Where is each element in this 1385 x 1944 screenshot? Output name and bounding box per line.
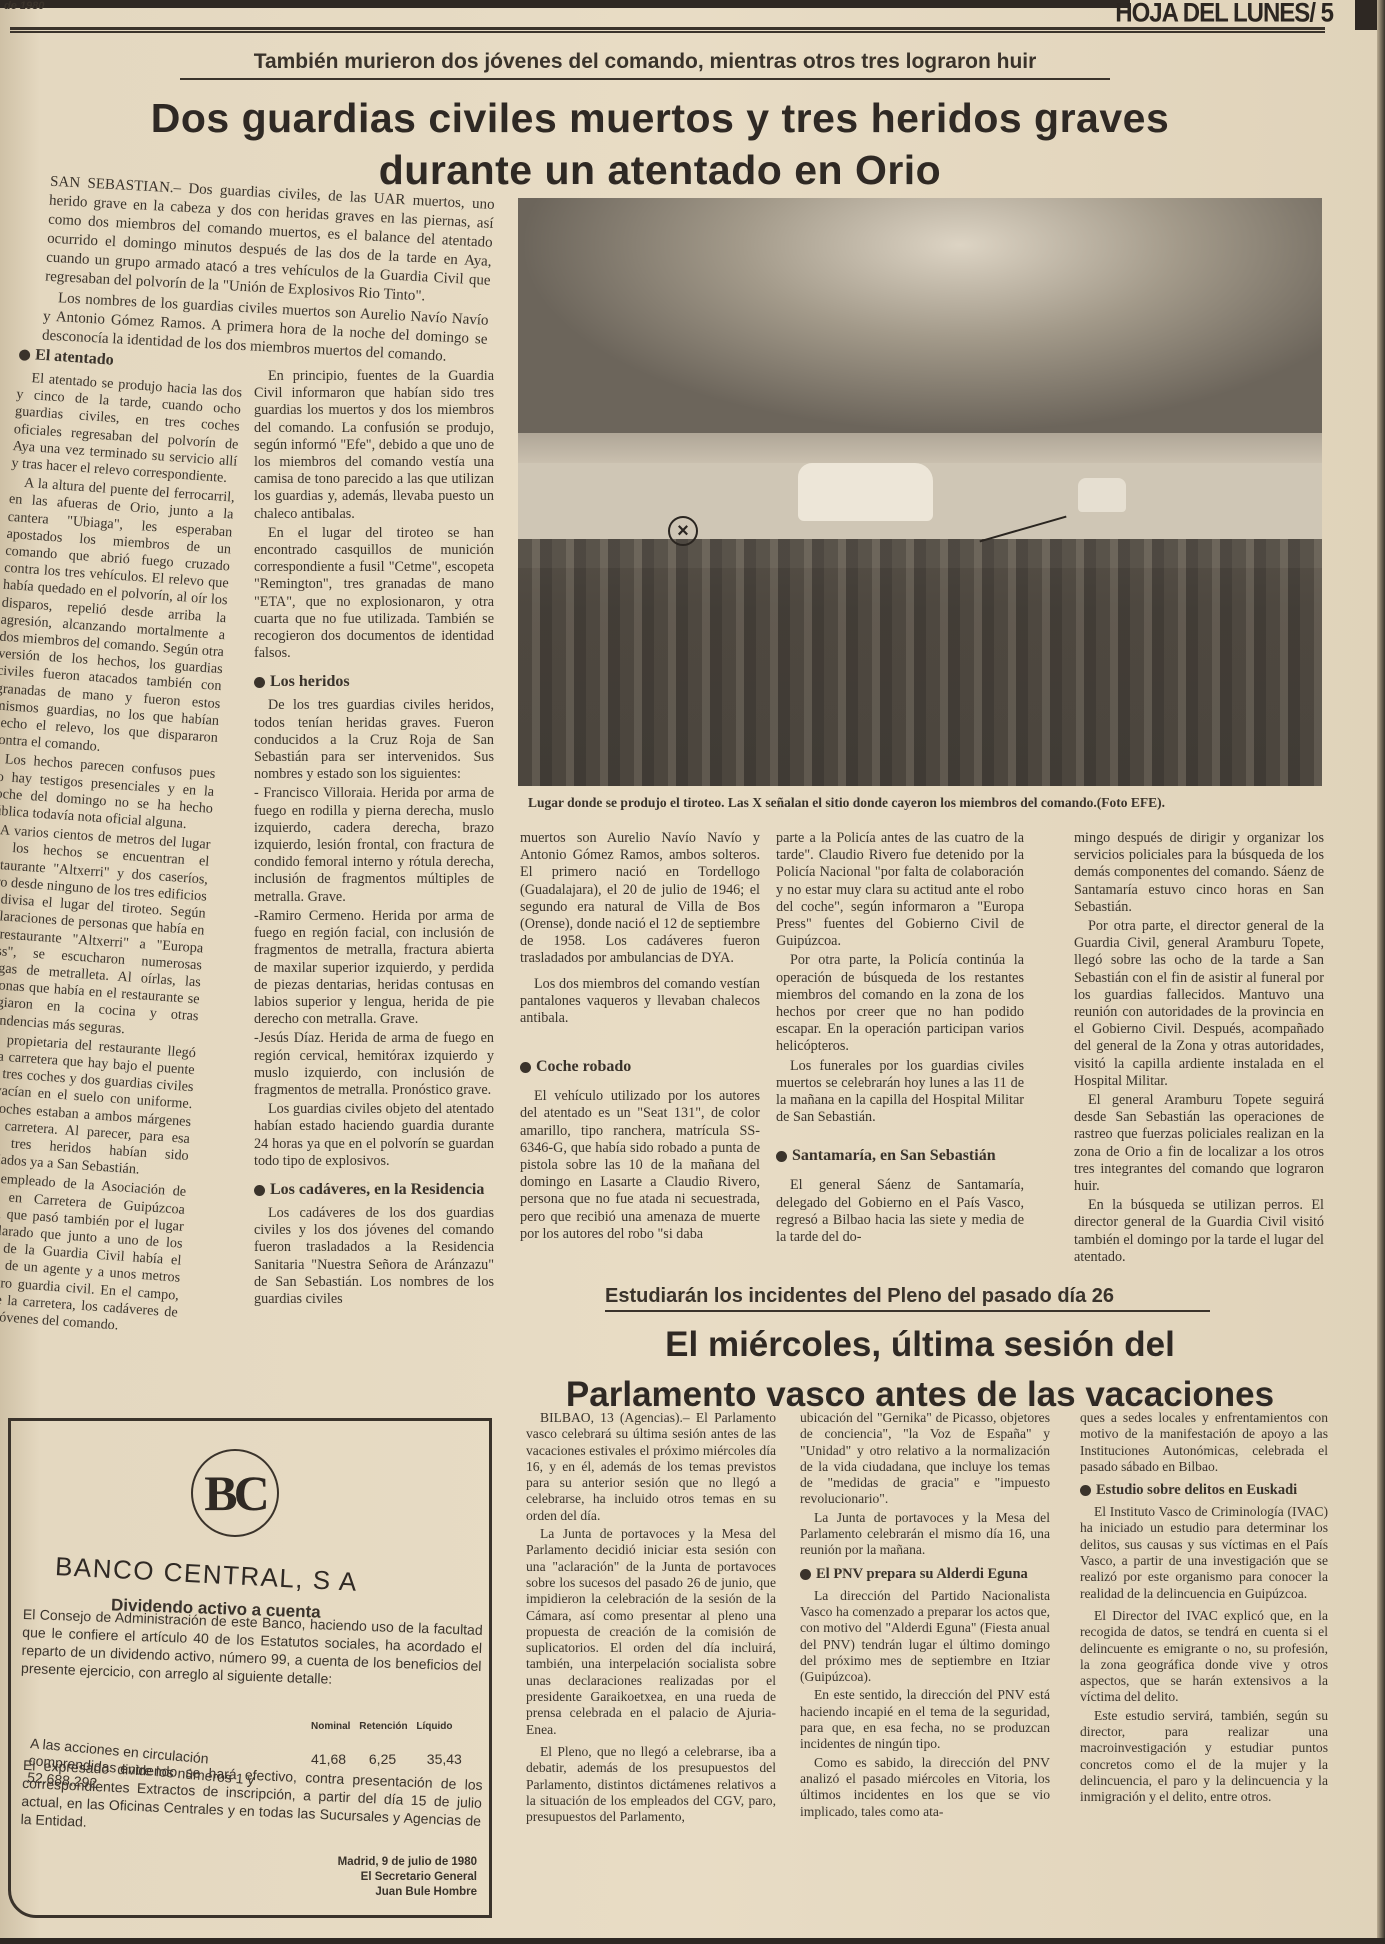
paragraph: El Director del IVAC explicó que, en la … bbox=[1080, 1608, 1328, 1706]
x-mark-icon: × bbox=[668, 516, 698, 546]
bullet-icon bbox=[19, 349, 31, 361]
paragraph: La dirección del Partido Nacionalista Va… bbox=[800, 1588, 1050, 1686]
subhead-coche: Coche robado bbox=[520, 1057, 760, 1076]
header-rule bbox=[10, 27, 1325, 33]
bullet-icon bbox=[800, 1569, 811, 1580]
article1-kicker: También murieron dos jóvenes del comando… bbox=[180, 50, 1110, 80]
subhead-santamaria: Santamaría, en San Sebastián bbox=[776, 1146, 1024, 1165]
paragraph: En la búsqueda se utilizan perros. El di… bbox=[1074, 1197, 1324, 1266]
page-number: / 5 bbox=[1309, 0, 1333, 28]
paragraph: El general Sáenz de Santamaría, delegado… bbox=[776, 1177, 1024, 1246]
paragraph: Los guardias civiles objeto del atentado… bbox=[254, 1101, 494, 1170]
ad-signature: Madrid, 9 de julio de 1980 El Secretario… bbox=[338, 1855, 477, 1900]
column-estudio: ques a sedes locales y enfrentamientos c… bbox=[1080, 1410, 1328, 1808]
subhead-cadaveres: Los cadáveres, en la Residencia bbox=[254, 1180, 494, 1199]
photo-car bbox=[798, 463, 933, 521]
photo-caption: Lugar donde se produjo el tiroteo. Las X… bbox=[528, 795, 1328, 811]
paragraph: Un empleado de la Asociación de Ayuda en… bbox=[0, 1169, 187, 1339]
paragraph: muertos son Aurelio Navío Navío y Antoni… bbox=[520, 830, 760, 968]
bullet-icon bbox=[254, 1185, 265, 1196]
page-edge-shadow bbox=[0, 0, 1130, 8]
paragraph: A varios cientos de metros del lugar de … bbox=[0, 821, 211, 1043]
article1-headline: Dos guardias civiles muertos y tres heri… bbox=[60, 92, 1260, 196]
value-liquido: 35,43 bbox=[427, 1751, 481, 1767]
value-retencion: 6,25 bbox=[369, 1751, 423, 1767]
paragraph: El Pleno, que no llegó a celebrarse, iba… bbox=[526, 1744, 776, 1825]
column-pnv: ubicación del "Gernika" de Picasso, obje… bbox=[800, 1410, 1050, 1822]
news-photo: × × bbox=[518, 198, 1322, 786]
column-principio: En principio, fuentes de la Guardia Civi… bbox=[254, 368, 494, 1310]
paragraph: Los cadáveres de los dos guardias civile… bbox=[254, 1205, 494, 1308]
bullet-icon bbox=[776, 1151, 787, 1162]
signature-name: Juan Bule Hombre bbox=[338, 1885, 477, 1900]
column-policia: parte a la Policía antes de las cuatro d… bbox=[776, 830, 1024, 1248]
paragraph: A la altura del puente del ferrocarril, … bbox=[0, 474, 235, 764]
headline-line-1: Dos guardias civiles muertos y tres heri… bbox=[60, 92, 1260, 144]
article2-headline: El miércoles, última sesión del Parlamen… bbox=[520, 1320, 1320, 1420]
paragraph: En principio, fuentes de la Guardia Civi… bbox=[254, 368, 494, 523]
paragraph: El general Aramburu Topete seguirá desde… bbox=[1074, 1092, 1324, 1195]
page-right-edge bbox=[1377, 0, 1385, 1944]
paragraph: La Junta de portavoces y la Mesa del Par… bbox=[526, 1526, 776, 1738]
subhead-heridos: Los heridos bbox=[254, 672, 494, 691]
bullet-icon bbox=[520, 1062, 531, 1073]
masthead: HOJA DEL LUNES/ 5 bbox=[1115, 0, 1333, 29]
photo-trees bbox=[518, 198, 1322, 433]
header-date: de 1980 bbox=[4, 0, 44, 12]
signature-date: Madrid, 9 de julio de 1980 bbox=[338, 1855, 477, 1870]
paragraph: Como es sabido, la dirección del PNV ana… bbox=[800, 1755, 1050, 1820]
paragraph: -Ramiro Cermeno. Herida por arma de fueg… bbox=[254, 908, 494, 1028]
paragraph: La Junta de portavoces y la Mesa del Par… bbox=[800, 1510, 1050, 1559]
paragraph: La propietaria del restaurante llegó por… bbox=[0, 1029, 196, 1182]
paragraph: De los tres guardias civiles heridos, to… bbox=[254, 697, 494, 783]
table-header: Nominal Retención Líquido bbox=[311, 1721, 452, 1732]
lead-paragraph: SAN SEBASTIAN.– Dos guardias civiles, de… bbox=[45, 173, 495, 310]
column-atentado: El atentado El atentado se produjo hacia… bbox=[0, 334, 245, 1340]
paragraph: En este sentido, la dirección del PNV es… bbox=[800, 1687, 1050, 1752]
paragraph: En el lugar del tiroteo se han encontrad… bbox=[254, 525, 494, 663]
paragraph: BILBAO, 13 (Agencias).– El Parlamento va… bbox=[526, 1410, 776, 1524]
paragraph: Los dos miembros del comando vestían pan… bbox=[520, 976, 760, 1028]
paragraph: El vehículo utilizado por los autores de… bbox=[520, 1088, 760, 1243]
article2-kicker: Estudiarán los incidentes del Pleno del … bbox=[605, 1285, 1210, 1312]
subhead-estudio: Estudio sobre delitos en Euskadi bbox=[1080, 1481, 1328, 1500]
signature-role: El Secretario General bbox=[338, 1870, 477, 1885]
column-bilbao: BILBAO, 13 (Agencias).– El Parlamento va… bbox=[526, 1410, 776, 1827]
paragraph: - Francisco Villoraia. Herida por arma d… bbox=[254, 785, 494, 905]
headline-line-1: El miércoles, última sesión del bbox=[520, 1320, 1320, 1370]
ad-body: El Consejo de Administración de este Ban… bbox=[21, 1605, 483, 1693]
paragraph: Por otra parte, la Policía continúa la o… bbox=[776, 952, 1024, 1055]
paragraph: Los funerales por los guardias civiles m… bbox=[776, 1058, 1024, 1127]
paragraph: El atentado se produjo hacia las dos y c… bbox=[11, 369, 243, 488]
paragraph: ques a sedes locales y enfrentamientos c… bbox=[1080, 1410, 1328, 1475]
photo-car bbox=[1078, 478, 1126, 512]
page-bottom-edge bbox=[0, 1938, 1385, 1944]
newspaper-page: de 1980 HOJA DEL LUNES/ 5 También murier… bbox=[0, 0, 1385, 1944]
paragraph: El Instituto Vasco de Criminología (IVAC… bbox=[1080, 1504, 1328, 1602]
bank-name: BANCO CENTRAL, S A bbox=[54, 1551, 358, 1598]
bullet-icon bbox=[1080, 1485, 1091, 1496]
table-row-values: 41,68 6,25 35,43 bbox=[311, 1751, 481, 1767]
column-aramburu: mingo después de dirigir y organizar los… bbox=[1074, 830, 1324, 1268]
paragraph: Los hechos parecen confusos pues no hay … bbox=[0, 751, 216, 835]
paragraph: -Jesús Díaz. Herida de arma de fuego en … bbox=[254, 1030, 494, 1099]
paragraph: parte a la Policía antes de las cuatro d… bbox=[776, 830, 1024, 950]
masthead-title: HOJA DEL LUNES bbox=[1115, 0, 1309, 28]
subhead-pnv: El PNV prepara su Alderdi Eguna bbox=[800, 1565, 1050, 1584]
paragraph: mingo después de dirigir y organizar los… bbox=[1074, 830, 1324, 916]
photo-brush bbox=[518, 539, 1322, 786]
bullet-icon bbox=[254, 677, 265, 688]
column-muertos: muertos son Aurelio Navío Navío y Antoni… bbox=[520, 830, 760, 1245]
paragraph: ubicación del "Gernika" de Picasso, obje… bbox=[800, 1410, 1050, 1508]
bank-advertisement: BC BANCO CENTRAL, S A Dividendo activo a… bbox=[8, 1418, 492, 1918]
ad-footer: El expresado dividendo se hará efectivo,… bbox=[20, 1756, 483, 1848]
value-nominal: 41,68 bbox=[311, 1751, 365, 1767]
bank-logo-icon: BC bbox=[191, 1449, 279, 1537]
paragraph: Por otra parte, el director general de l… bbox=[1074, 918, 1324, 1090]
paragraph: Este estudio servirá, también, según su … bbox=[1080, 1708, 1328, 1806]
